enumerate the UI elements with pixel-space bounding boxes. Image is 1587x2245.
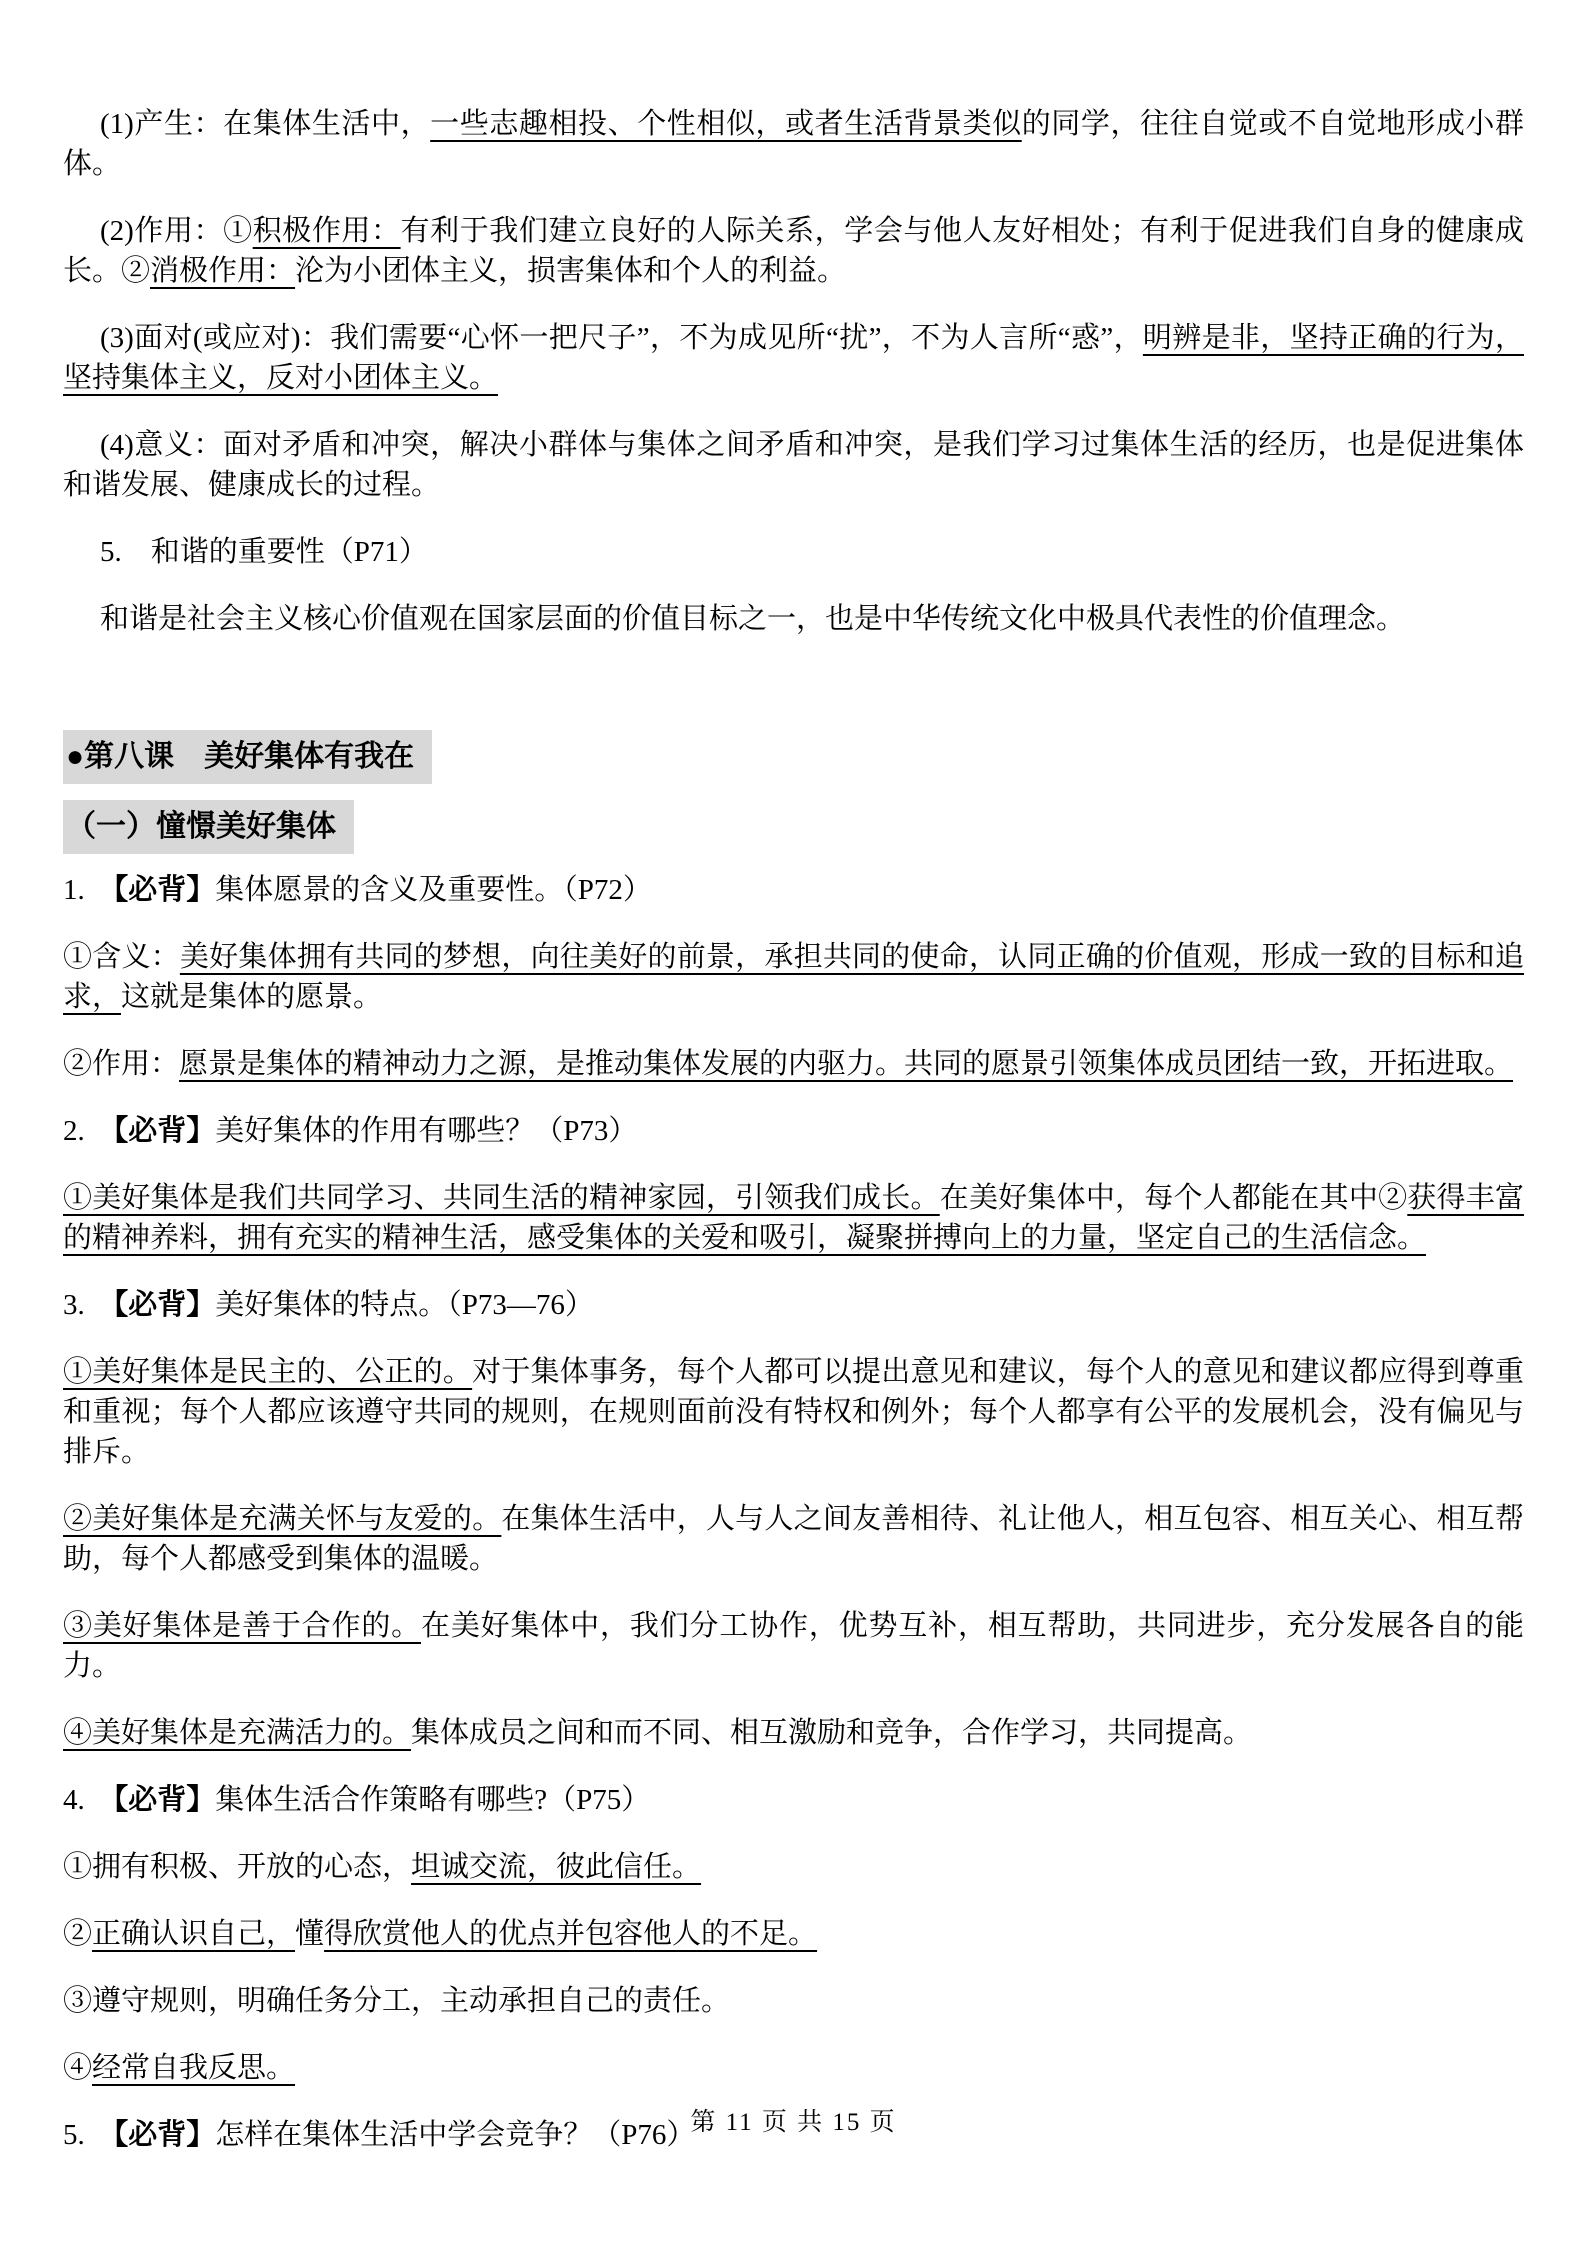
text-run: (2)作用：① bbox=[100, 215, 253, 247]
underlined-text-run: 坦诚交流，彼此信任。 bbox=[411, 1851, 701, 1883]
underlined-text-run: 得欣赏他人的优点并包容他人的不足。 bbox=[324, 1918, 817, 1950]
text-run: 【必背】 bbox=[114, 874, 216, 906]
document-body: (1)产生：在集体生活中，一些志趣相投、个性相似，或者生活背景类似的同学，往往自… bbox=[63, 104, 1524, 2155]
underlined-text-run: 经常自我反思。 bbox=[92, 2052, 295, 2084]
text-run: ④ bbox=[63, 2052, 92, 2084]
text-run: 集体成员之间和而不同、相互激励和竞争，合作学习，共同提高。 bbox=[411, 1717, 1252, 1749]
text-run: (1)产生：在集体生活中， bbox=[100, 108, 430, 140]
text-run: 懂 bbox=[295, 1918, 324, 1950]
paragraph: ②美好集体是充满关怀与友爱的。在集体生活中，人与人之间友善相待、礼让他人，相互包… bbox=[63, 1499, 1524, 1579]
paragraph: ④美好集体是充满活力的。集体成员之间和而不同、相互激励和竞争，合作学习，共同提高… bbox=[63, 1713, 1524, 1753]
paragraph: ①含义：美好集体拥有共同的梦想，向往美好的前景，承担共同的使命，认同正确的价值观… bbox=[63, 937, 1524, 1017]
paragraph: (3)面对(或应对)：我们需要“心怀一把尺子”，不为成见所“扰”，不为人言所“惑… bbox=[63, 318, 1524, 398]
section-heading: ●第八课 美好集体有我在 bbox=[63, 730, 432, 784]
text-run: 【必背】 bbox=[114, 1289, 216, 1321]
page-number-text: 第 11 页 共 15 页 bbox=[690, 2109, 896, 2136]
text-run: 【必背】 bbox=[114, 1784, 216, 1816]
text-run: ①含义： bbox=[63, 941, 180, 973]
paragraph: ①美好集体是民主的、公正的。对于集体事务，每个人都可以提出意见和建议，每个人的意… bbox=[63, 1352, 1524, 1472]
text-run: 这就是集体的愿景。 bbox=[121, 981, 382, 1013]
paragraph: ③美好集体是善于合作的。在美好集体中，我们分工协作，优势互补，相互帮助，共同进步… bbox=[63, 1606, 1524, 1686]
paragraph: 1. 【必背】集体愿景的含义及重要性。（P72） bbox=[63, 870, 1524, 910]
underlined-text-run: ③美好集体是善于合作的。 bbox=[63, 1610, 421, 1642]
paragraph: ④经常自我反思。 bbox=[63, 2048, 1524, 2088]
text-run: 沦为小团体主义，损害集体和个人的利益。 bbox=[295, 255, 846, 287]
underlined-text-run: 正确认识自己， bbox=[92, 1918, 295, 1950]
text-run: 4. bbox=[63, 1784, 114, 1816]
paragraph: ①美好集体是我们共同学习、共同生活的精神家园，引领我们成长。在美好集体中，每个人… bbox=[63, 1178, 1524, 1258]
document-page: (1)产生：在集体生活中，一些志趣相投、个性相似，或者生活背景类似的同学，往往自… bbox=[0, 0, 1587, 2245]
underlined-text-run: ②美好集体是充满关怀与友爱的。 bbox=[63, 1503, 501, 1535]
paragraph: ③遵守规则，明确任务分工，主动承担自己的责任。 bbox=[63, 1981, 1524, 2021]
underlined-text-run: 愿景是集体的精神动力之源，是推动集体发展的内驱力。共同的愿景引领集体成员团结一致… bbox=[179, 1048, 1513, 1080]
paragraph: (1)产生：在集体生活中，一些志趣相投、个性相似，或者生活背景类似的同学，往往自… bbox=[63, 104, 1524, 184]
paragraph: 2. 【必背】美好集体的作用有哪些？（P73） bbox=[63, 1111, 1524, 1151]
text-run: ② bbox=[63, 1918, 92, 1950]
paragraph: 3. 【必背】美好集体的特点。（P73—76） bbox=[63, 1285, 1524, 1325]
paragraph: 5. 和谐的重要性（P71） bbox=[63, 532, 1524, 572]
paragraph: ②正确认识自己，懂得欣赏他人的优点并包容他人的不足。 bbox=[63, 1914, 1524, 1954]
underlined-text-run: ④美好集体是充满活力的。 bbox=[63, 1717, 411, 1749]
text-run: ①拥有积极、开放的心态， bbox=[63, 1851, 411, 1883]
text-run: （一）憧憬美好集体 bbox=[66, 810, 336, 843]
underlined-text-run: ①美好集体是我们共同学习、共同生活的精神家园，引领我们成长。 bbox=[63, 1182, 940, 1214]
paragraph: (4)意义：面对矛盾和冲突，解决小群体与集体之间矛盾和冲突，是我们学习过集体生活… bbox=[63, 425, 1524, 505]
text-run: (3)面对(或应对)：我们需要“心怀一把尺子”，不为成见所“扰”，不为人言所“惑… bbox=[100, 322, 1143, 354]
paragraph: 和谐是社会主义核心价值观在国家层面的价值目标之一，也是中华传统文化中极具代表性的… bbox=[63, 599, 1524, 639]
section-heading: （一）憧憬美好集体 bbox=[63, 800, 354, 854]
paragraph: ②作用：愿景是集体的精神动力之源，是推动集体发展的内驱力。共同的愿景引领集体成员… bbox=[63, 1044, 1524, 1084]
underlined-text-run: 积极作用： bbox=[253, 215, 401, 247]
text-run: 5. 和谐的重要性（P71） bbox=[100, 536, 428, 568]
text-run: 1. bbox=[63, 874, 114, 906]
section-gap bbox=[63, 666, 1524, 730]
underlined-text-run: ①美好集体是民主的、公正的。 bbox=[63, 1356, 472, 1388]
text-run: 在美好集体中，每个人都能在其中② bbox=[940, 1182, 1408, 1214]
text-run: 美好集体的特点。（P73—76） bbox=[215, 1289, 594, 1321]
text-run: 和谐是社会主义核心价值观在国家层面的价值目标之一，也是中华传统文化中极具代表性的… bbox=[100, 603, 1405, 635]
text-run: ●第八课 美好集体有我在 bbox=[66, 740, 414, 773]
text-run: 【必背】 bbox=[114, 1115, 216, 1147]
text-run: 2. bbox=[63, 1115, 114, 1147]
text-run: 3. bbox=[63, 1289, 114, 1321]
text-run: ②作用： bbox=[63, 1048, 179, 1080]
underlined-text-run: 一些志趣相投、个性相似，或者生活背景类似 bbox=[430, 108, 1022, 140]
paragraph: 4. 【必背】集体生活合作策略有哪些?（P75） bbox=[63, 1780, 1524, 1820]
paragraph: (2)作用：①积极作用：有利于我们建立良好的人际关系，学会与他人友好相处；有利于… bbox=[63, 211, 1524, 291]
paragraph: ①拥有积极、开放的心态，坦诚交流，彼此信任。 bbox=[63, 1847, 1524, 1887]
text-run: ③遵守规则，明确任务分工，主动承担自己的责任。 bbox=[63, 1985, 730, 2017]
text-run: 集体愿景的含义及重要性。（P72） bbox=[215, 874, 652, 906]
text-run: 美好集体的作用有哪些？（P73） bbox=[215, 1115, 637, 1147]
underlined-text-run: 消极作用： bbox=[150, 255, 295, 287]
text-run: 集体生活合作策略有哪些?（P75） bbox=[215, 1784, 650, 1816]
page-footer: 第 11 页 共 15 页 bbox=[0, 2106, 1587, 2140]
text-run: (4)意义：面对矛盾和冲突，解决小群体与集体之间矛盾和冲突，是我们学习过集体生活… bbox=[63, 429, 1524, 501]
